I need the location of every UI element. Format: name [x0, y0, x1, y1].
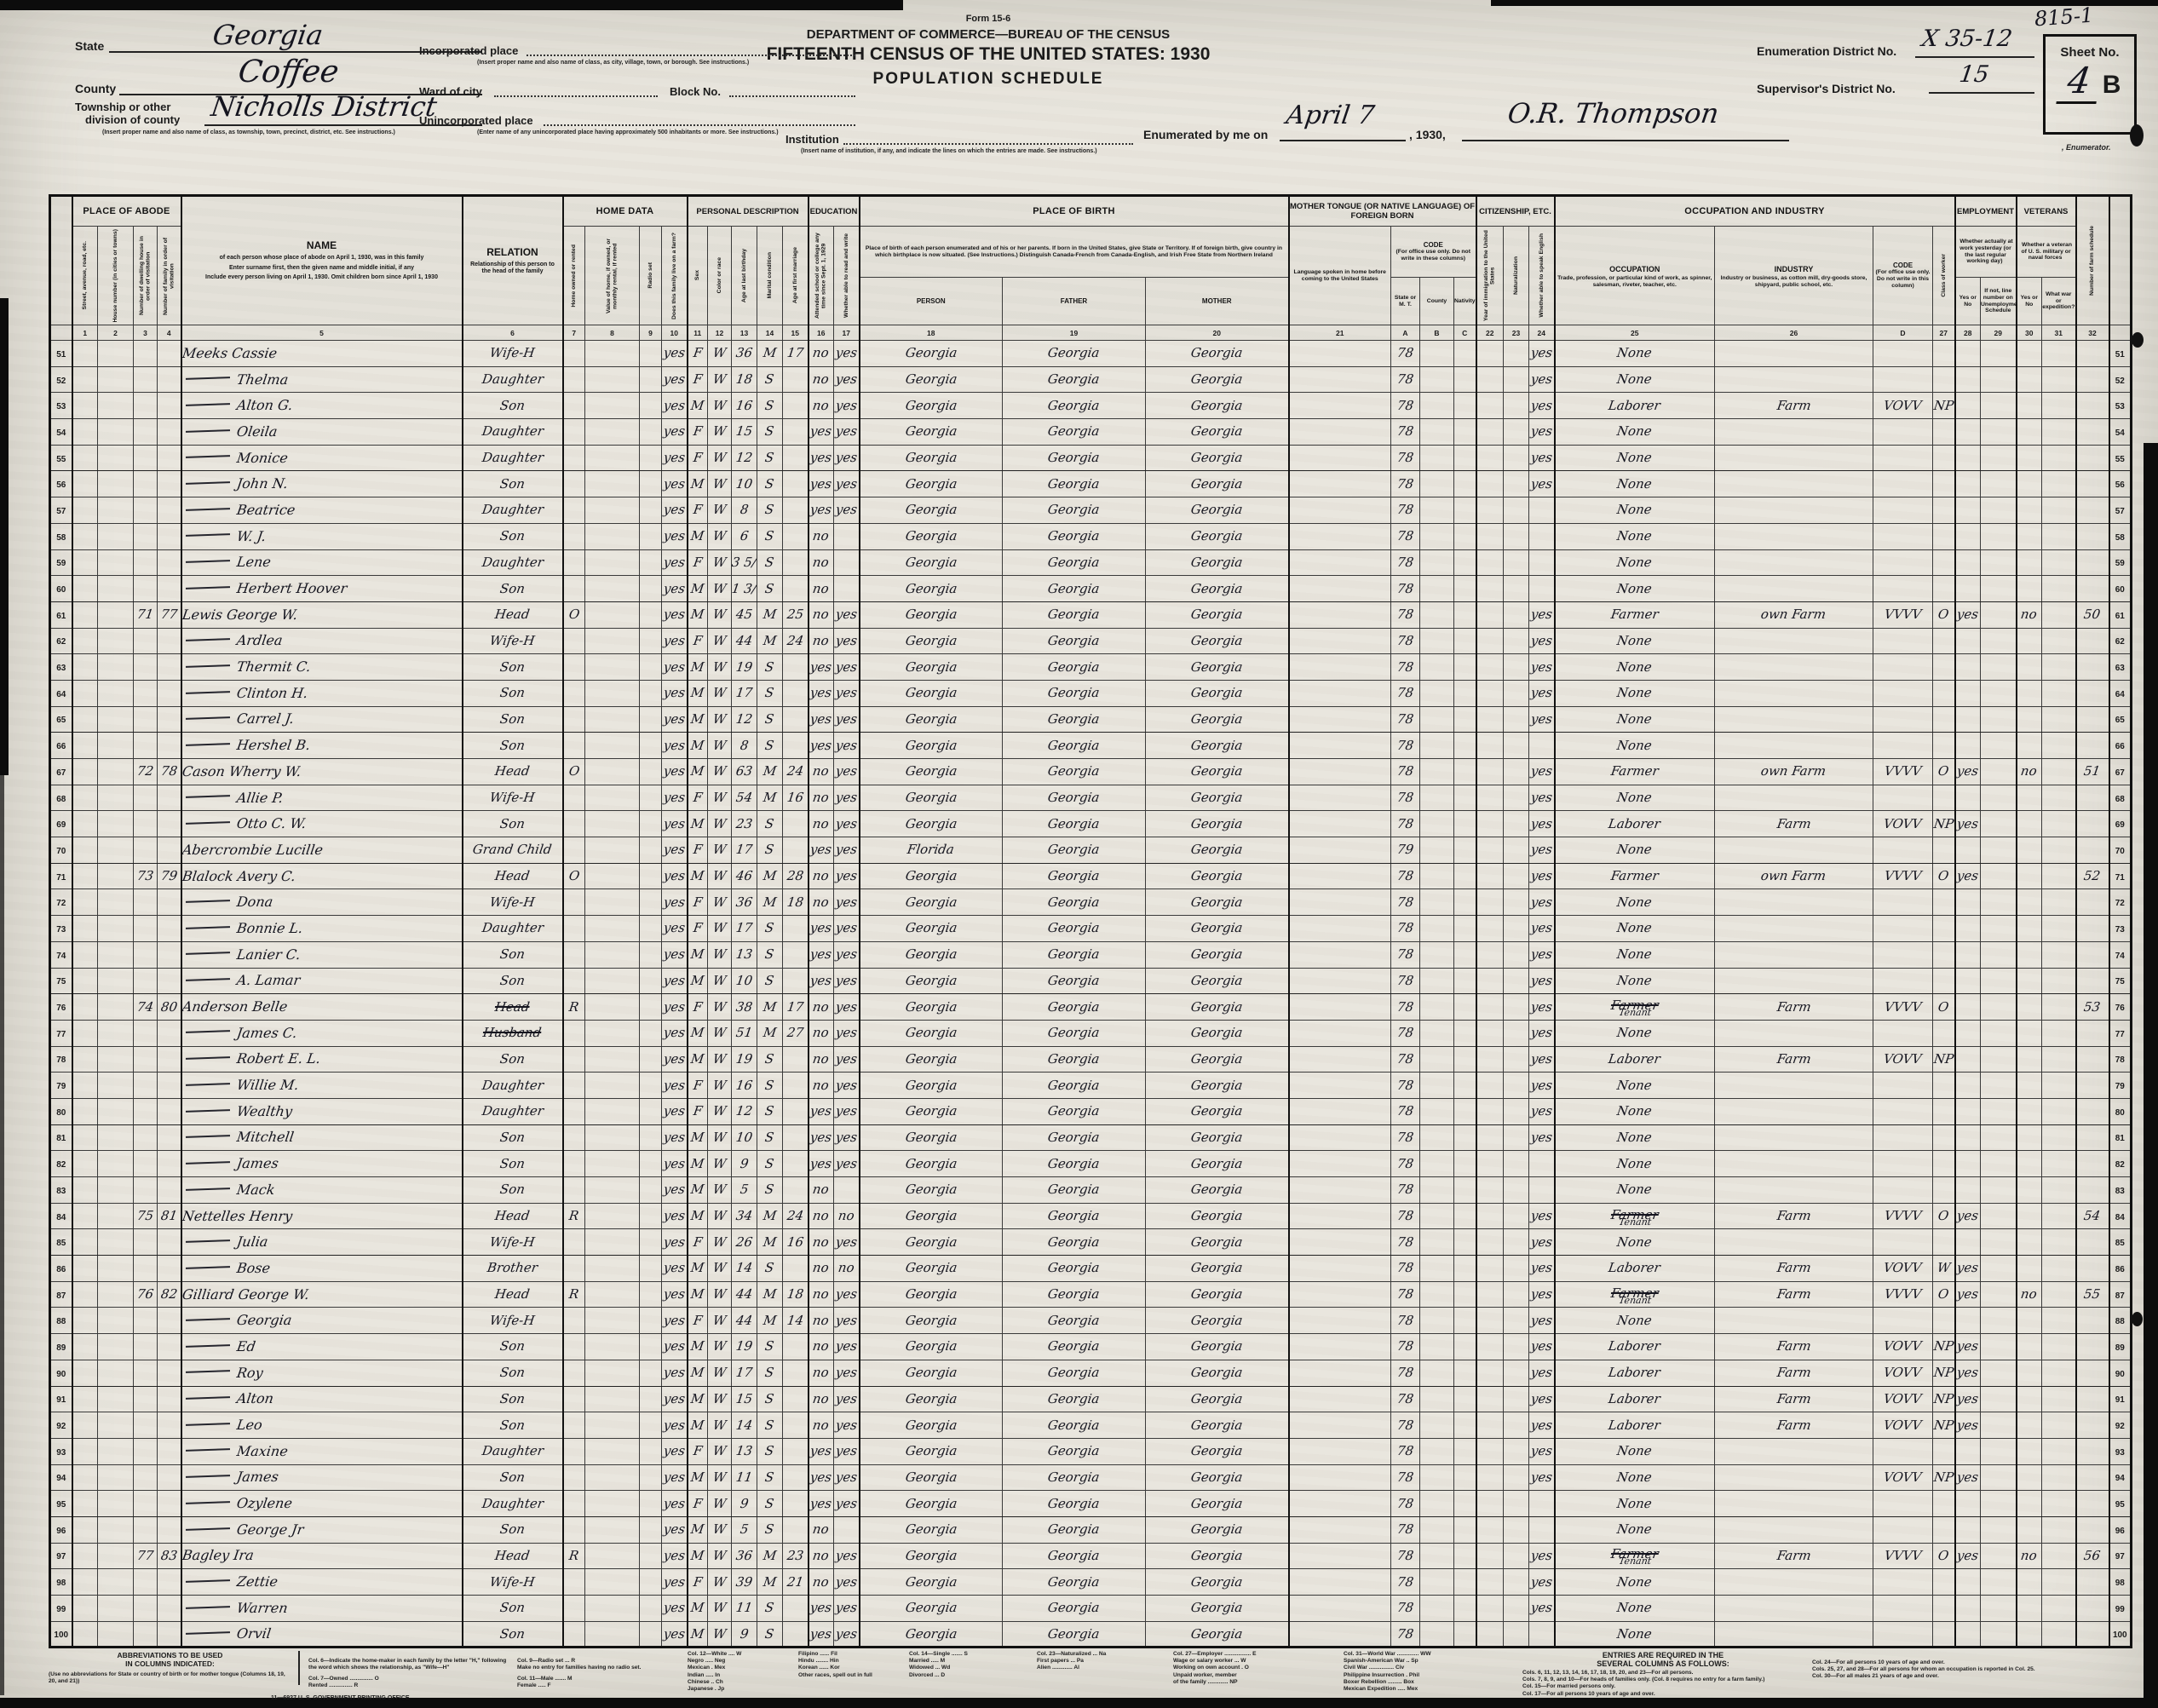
- cell-war-expedition: [2042, 1046, 2076, 1073]
- cell-speak-english: [1529, 733, 1555, 759]
- cell-color-race: W: [708, 1491, 732, 1517]
- cell-class-of-worker: NP: [1933, 1334, 1955, 1360]
- footer-abbreviations-block: ABBREVIATIONS TO BE USED IN COLUMNS INDI…: [49, 1651, 300, 1685]
- cell-farm: yes: [662, 1256, 688, 1282]
- cell-street: [72, 601, 98, 628]
- cell-home-value: [585, 576, 640, 602]
- cell-marital: M: [757, 628, 783, 654]
- cell-radio: [640, 1281, 662, 1308]
- cell-age: 10: [732, 471, 757, 497]
- cell-house-number: [98, 1177, 134, 1204]
- line-number-left: 90: [50, 1360, 72, 1386]
- cell-family-number: [158, 1464, 181, 1491]
- enumerated-date-line[interactable]: [1280, 140, 1406, 141]
- cell-home-owned: [563, 576, 585, 602]
- cell-birth-person: Georgia: [860, 811, 1003, 837]
- cell-marital: S: [757, 733, 783, 759]
- cell-relation: Son: [463, 654, 563, 681]
- cell-home-owned: R: [563, 994, 585, 1021]
- cell-sex: M: [688, 1334, 708, 1360]
- line-number-right: 80: [2109, 1098, 2132, 1124]
- cell-class-of-worker: NP: [1933, 1360, 1955, 1386]
- cell-attended-school: no: [809, 549, 834, 576]
- cell-home-owned: [563, 706, 585, 733]
- cell-code-state: 78: [1391, 1464, 1420, 1491]
- cell-at-work: [1955, 341, 1981, 367]
- cell-home-value: [585, 497, 640, 524]
- cell-veteran: [2017, 1596, 2042, 1622]
- cell-relation: Daughter: [463, 549, 563, 576]
- cell-immigration-year: [1476, 941, 1504, 968]
- cell-unemployment-line: [1981, 1438, 2017, 1464]
- col-header-language: Language spoken in home before coming to…: [1289, 227, 1391, 325]
- cell-code-nativity: [1454, 889, 1476, 916]
- cell-birth-father: Georgia: [1003, 1020, 1146, 1046]
- cell-marital: S: [757, 1360, 783, 1386]
- cell-dwelling-number: 75: [134, 1203, 158, 1229]
- cell-house-number: [98, 1334, 134, 1360]
- cell-occupation-code: [1873, 1124, 1933, 1151]
- cell-at-work: [1955, 1491, 1981, 1517]
- cell-immigration-year: [1476, 1124, 1504, 1151]
- cell-street: [72, 1124, 98, 1151]
- cell-street: [72, 680, 98, 706]
- cell-immigration-year: [1476, 1098, 1504, 1124]
- cell-marital: S: [757, 445, 783, 471]
- print-code: 11—6927 U. S. GOVERNMENT PRINTING OFFICE: [271, 1695, 410, 1701]
- cell-age: 19: [732, 1046, 757, 1073]
- cell-house-number: [98, 1491, 134, 1517]
- col-header-occupation-code: CODE (For office use only. Do not write …: [1873, 227, 1933, 325]
- cell-age: 18: [732, 366, 757, 393]
- cell-attended-school: yes: [809, 1491, 834, 1517]
- cell-read-write: yes: [834, 1596, 860, 1622]
- block-line[interactable]: [729, 95, 855, 97]
- cell-code-state: 78: [1391, 576, 1420, 602]
- cell-home-value: [585, 1596, 640, 1622]
- cell-relation: Head: [463, 1203, 563, 1229]
- sheet-number-value: 4: [2056, 60, 2102, 104]
- footer-note-col27: Col. 27—Employer ................. E Wag…: [1173, 1651, 1335, 1686]
- institution-line[interactable]: [843, 143, 1133, 145]
- cell-industry: [1715, 1177, 1873, 1204]
- cell-language: [1289, 654, 1391, 681]
- cell-code-county: [1420, 680, 1454, 706]
- cell-occupation: Laborer: [1555, 1386, 1715, 1412]
- cell-immigration-year: [1476, 601, 1504, 628]
- cell-occupation: Farmer: [1555, 601, 1715, 628]
- cell-house-number: [98, 654, 134, 681]
- incorporated-place-line[interactable]: [527, 55, 855, 56]
- cell-code-county: [1420, 366, 1454, 393]
- cell-occupation: Laborer: [1555, 1412, 1715, 1439]
- cell-naturalization: [1504, 497, 1529, 524]
- ditto-dash: [185, 1423, 229, 1426]
- cell-birth-mother: Georgia: [1146, 1124, 1289, 1151]
- cell-occupation: None: [1555, 1020, 1715, 1046]
- cell-birth-person: Georgia: [860, 759, 1003, 785]
- cell-at-work: [1955, 1596, 1981, 1622]
- cell-age: 10: [732, 968, 757, 994]
- cell-farm: yes: [662, 1203, 688, 1229]
- cell-home-value: [585, 1569, 640, 1596]
- cell-at-work: [1955, 1177, 1981, 1204]
- form-footer: ABBREVIATIONS TO BE USED IN COLUMNS INDI…: [49, 1651, 2134, 1698]
- cell-name: Alton: [181, 1386, 463, 1412]
- cell-code-nativity: [1454, 341, 1476, 367]
- cell-occupation-code: [1873, 549, 1933, 576]
- cell-name: Mitchell: [181, 1124, 463, 1151]
- cell-name: Bose: [181, 1256, 463, 1282]
- cell-language: [1289, 1516, 1391, 1543]
- cell-farm-schedule: [2076, 1020, 2109, 1046]
- cell-veteran: no: [2017, 1281, 2042, 1308]
- cell-code-county: [1420, 811, 1454, 837]
- cell-occupation: None: [1555, 1621, 1715, 1648]
- cell-age-first-marriage: [783, 1073, 809, 1099]
- cell-birth-father: Georgia: [1003, 1360, 1146, 1386]
- cell-occupation: None: [1555, 1098, 1715, 1124]
- cell-home-value: [585, 733, 640, 759]
- column-number: 32: [2076, 325, 2109, 341]
- cell-family-number: [158, 916, 181, 942]
- cell-age: 9: [732, 1621, 757, 1648]
- cell-war-expedition: [2042, 1281, 2076, 1308]
- cell-home-owned: [563, 680, 585, 706]
- cell-sex: F: [688, 785, 708, 811]
- cell-code-state: 78: [1391, 1256, 1420, 1282]
- cell-home-owned: [563, 1464, 585, 1491]
- occupation-correction: Tenant: [1556, 1297, 1715, 1304]
- cell-language: [1289, 863, 1391, 889]
- cell-code-county: [1420, 1569, 1454, 1596]
- cell-language: [1289, 994, 1391, 1021]
- cell-code-county: [1420, 1151, 1454, 1177]
- cell-unemployment-line: [1981, 811, 2017, 837]
- cell-age: 14: [732, 1412, 757, 1439]
- cell-code-county: [1420, 706, 1454, 733]
- cell-house-number: [98, 785, 134, 811]
- census-table-body: 51Meeks CassieWife-HyesFW36M17noyesGeorg…: [50, 341, 2132, 1648]
- cell-family-number: [158, 1569, 181, 1596]
- cell-age-first-marriage: [783, 1621, 809, 1648]
- cell-occupation-code: [1873, 1491, 1933, 1517]
- cell-relation: Son: [463, 706, 563, 733]
- cell-sex: F: [688, 1491, 708, 1517]
- cell-radio: [640, 471, 662, 497]
- line-number-left: 53: [50, 393, 72, 419]
- cell-immigration-year: [1476, 759, 1504, 785]
- cell-name: Nettelles Henry: [181, 1203, 463, 1229]
- cell-radio: [640, 576, 662, 602]
- cell-home-value: [585, 1438, 640, 1464]
- occupation-correction: Tenant: [1556, 1557, 1715, 1565]
- cell-home-value: [585, 1360, 640, 1386]
- cell-street: [72, 1073, 98, 1099]
- cell-class-of-worker: [1933, 628, 1955, 654]
- cell-code-state: 78: [1391, 1046, 1420, 1073]
- cell-veteran: [2017, 549, 2042, 576]
- cell-naturalization: [1504, 994, 1529, 1021]
- cell-code-county: [1420, 1596, 1454, 1622]
- cell-farm: yes: [662, 968, 688, 994]
- cell-name: Georgia: [181, 1308, 463, 1334]
- cell-age: 6: [732, 523, 757, 549]
- cell-birth-person: Georgia: [860, 785, 1003, 811]
- col-group-personal-description: PERSONAL DESCRIPTION: [688, 196, 809, 227]
- cell-sex: F: [688, 889, 708, 916]
- unincorporated-place-line[interactable]: [544, 124, 855, 126]
- cell-immigration-year: [1476, 628, 1504, 654]
- cell-radio: [640, 968, 662, 994]
- cell-farm-schedule: [2076, 419, 2109, 446]
- cell-immigration-year: [1476, 341, 1504, 367]
- cell-dwelling-number: [134, 1098, 158, 1124]
- cell-unemployment-line: [1981, 497, 2017, 524]
- col-group-citizenship: CITIZENSHIP, ETC.: [1476, 196, 1555, 227]
- cell-street: [72, 1256, 98, 1282]
- enumeration-district-line[interactable]: [1915, 56, 2034, 58]
- cell-family-number: [158, 1124, 181, 1151]
- cell-code-state: 78: [1391, 759, 1420, 785]
- cell-code-nativity: [1454, 1360, 1476, 1386]
- cell-home-value: [585, 994, 640, 1021]
- cell-code-state: 78: [1391, 341, 1420, 367]
- table-row: 86BoseBrotheryesMW14SnonoGeorgiaGeorgiaG…: [50, 1256, 2132, 1282]
- cell-unemployment-line: [1981, 1281, 2017, 1308]
- cell-family-number: [158, 1516, 181, 1543]
- cell-occupation-code: [1873, 1308, 1933, 1334]
- cell-naturalization: [1504, 1569, 1529, 1596]
- cell-farm-schedule: [2076, 523, 2109, 549]
- cell-radio: [640, 916, 662, 942]
- cell-code-county: [1420, 1621, 1454, 1648]
- cell-birth-mother: Georgia: [1146, 1360, 1289, 1386]
- cell-street: [72, 1177, 98, 1204]
- cell-radio: [640, 811, 662, 837]
- cell-immigration-year: [1476, 1203, 1504, 1229]
- cell-age-first-marriage: 16: [783, 1229, 809, 1256]
- cell-occupation-code: [1873, 1569, 1933, 1596]
- cell-war-expedition: [2042, 706, 2076, 733]
- cell-home-value: [585, 1491, 640, 1517]
- cell-war-expedition: [2042, 733, 2076, 759]
- cell-marital: M: [757, 1203, 783, 1229]
- cell-color-race: W: [708, 601, 732, 628]
- cell-read-write: yes: [834, 1151, 860, 1177]
- cell-industry: [1715, 1098, 1873, 1124]
- cell-home-value: [585, 1464, 640, 1491]
- cell-birth-mother: Georgia: [1146, 1073, 1289, 1099]
- table-row: 60Herbert HooverSonyesMW1 3/12SnoGeorgia…: [50, 576, 2132, 602]
- cell-family-number: 80: [158, 994, 181, 1021]
- cell-relation: Son: [463, 1516, 563, 1543]
- cell-speak-english: yes: [1529, 889, 1555, 916]
- cell-unemployment-line: [1981, 759, 2017, 785]
- cell-war-expedition: [2042, 1360, 2076, 1386]
- table-row: 95OzyleneDaughteryesFW9SyesyesGeorgiaGeo…: [50, 1491, 2132, 1517]
- cell-immigration-year: [1476, 1020, 1504, 1046]
- cell-street: [72, 733, 98, 759]
- cell-veteran: [2017, 1464, 2042, 1491]
- cell-relation: Son: [463, 1124, 563, 1151]
- cell-birth-person: Georgia: [860, 1412, 1003, 1439]
- cell-war-expedition: [2042, 811, 2076, 837]
- col-header-house-number: House number (in cities or towns): [98, 227, 134, 325]
- cell-radio: [640, 341, 662, 367]
- cell-speak-english: yes: [1529, 393, 1555, 419]
- cell-birth-mother: Georgia: [1146, 1464, 1289, 1491]
- table-row: 59LeneDaughteryesFW3 5/12SnoGeorgiaGeorg…: [50, 549, 2132, 576]
- cell-farm-schedule: [2076, 1177, 2109, 1204]
- supervisor-district-line[interactable]: [1929, 92, 2034, 94]
- line-number-right: 96: [2109, 1516, 2132, 1543]
- cell-name: Dona: [181, 889, 463, 916]
- column-number: 8: [585, 325, 640, 341]
- cell-language: [1289, 1596, 1391, 1622]
- ditto-dash: [185, 481, 229, 485]
- column-number: D: [1873, 325, 1933, 341]
- cell-dwelling-number: [134, 941, 158, 968]
- cell-language: [1289, 1046, 1391, 1073]
- cell-home-value: [585, 1412, 640, 1439]
- cell-naturalization: [1504, 1360, 1529, 1386]
- cell-class-of-worker: O: [1933, 994, 1955, 1021]
- cell-code-county: [1420, 1412, 1454, 1439]
- cell-birth-person: Georgia: [860, 1281, 1003, 1308]
- cell-color-race: W: [708, 916, 732, 942]
- column-number: 13: [732, 325, 757, 341]
- cell-code-nativity: [1454, 1046, 1476, 1073]
- cell-age: 54: [732, 785, 757, 811]
- cell-code-state: 78: [1391, 1412, 1420, 1439]
- cell-code-state: 78: [1391, 1360, 1420, 1386]
- cell-class-of-worker: [1933, 941, 1955, 968]
- cell-naturalization: [1504, 549, 1529, 576]
- cell-industry: own Farm: [1715, 759, 1873, 785]
- cell-industry: [1715, 706, 1873, 733]
- cell-street: [72, 941, 98, 968]
- cell-marital: M: [757, 1543, 783, 1569]
- cell-speak-english: yes: [1529, 916, 1555, 942]
- entries-right: Col. 24—For all persons 10 years of age …: [1812, 1659, 2068, 1681]
- cell-speak-english: yes: [1529, 1543, 1555, 1569]
- footer-note-col9-col11: Col. 9—Radio set ... R Make no entry for…: [517, 1651, 679, 1696]
- cell-unemployment-line: [1981, 471, 2017, 497]
- col-header-home-value: Value of home, if owned, or monthly rent…: [585, 227, 640, 325]
- cell-occupation: None: [1555, 523, 1715, 549]
- cell-birth-mother: Georgia: [1146, 549, 1289, 576]
- cell-read-write: yes: [834, 1438, 860, 1464]
- cell-code-county: [1420, 1491, 1454, 1517]
- cell-language: [1289, 706, 1391, 733]
- cell-color-race: W: [708, 523, 732, 549]
- cell-at-work: [1955, 680, 1981, 706]
- cell-language: [1289, 1203, 1391, 1229]
- cell-language: [1289, 680, 1391, 706]
- cell-family-number: [158, 366, 181, 393]
- cell-house-number: [98, 523, 134, 549]
- footer-note-col23: Col. 23—Naturalized ... Na First papers …: [1037, 1651, 1165, 1672]
- cell-birth-father: Georgia: [1003, 863, 1146, 889]
- cell-attended-school: no: [809, 393, 834, 419]
- cell-industry: [1715, 1621, 1873, 1648]
- cell-birth-father: Georgia: [1003, 341, 1146, 367]
- cell-occupation-code: VOVV: [1873, 393, 1933, 419]
- ditto-dash: [185, 1161, 229, 1165]
- cell-home-owned: O: [563, 601, 585, 628]
- cell-code-nativity: [1454, 1177, 1476, 1204]
- col-header-veteran-yes-no: Yes or No: [2017, 278, 2042, 325]
- cell-industry: Farm: [1715, 994, 1873, 1021]
- cell-language: [1289, 549, 1391, 576]
- cell-war-expedition: [2042, 1516, 2076, 1543]
- cell-class-of-worker: [1933, 1098, 1955, 1124]
- table-row: 65Carrel J.SonyesMW12SyesyesGeorgiaGeorg…: [50, 706, 2132, 733]
- cell-marital: S: [757, 1412, 783, 1439]
- cell-occupation: Laborer: [1555, 1256, 1715, 1282]
- line-number-left: 98: [50, 1569, 72, 1596]
- cell-birth-person: Georgia: [860, 1596, 1003, 1622]
- cell-marital: S: [757, 837, 783, 864]
- cell-name: Anderson Belle: [181, 994, 463, 1021]
- cell-veteran: [2017, 1177, 2042, 1204]
- cell-marital: S: [757, 523, 783, 549]
- cell-industry: [1715, 916, 1873, 942]
- line-number-right: 81: [2109, 1124, 2132, 1151]
- cell-farm: yes: [662, 1569, 688, 1596]
- cell-age: 8: [732, 733, 757, 759]
- cell-read-write: yes: [834, 393, 860, 419]
- cell-speak-english: yes: [1529, 1464, 1555, 1491]
- cell-home-owned: [563, 1151, 585, 1177]
- cell-house-number: [98, 1308, 134, 1334]
- cell-war-expedition: [2042, 445, 2076, 471]
- veterans-note: Whether a veteran of U. S. military or n…: [2017, 227, 2076, 278]
- cell-age-first-marriage: [783, 1491, 809, 1517]
- county-value: Coffee: [236, 55, 341, 89]
- cell-relation: Daughter: [463, 1098, 563, 1124]
- ward-label: Ward of city: [419, 85, 482, 98]
- cell-attended-school: no: [809, 366, 834, 393]
- cell-birth-father: Georgia: [1003, 471, 1146, 497]
- col-header-employment-yes-no: Yes or No: [1955, 278, 1981, 325]
- cell-age: 11: [732, 1464, 757, 1491]
- cell-name: Maxine: [181, 1438, 463, 1464]
- cell-dwelling-number: [134, 785, 158, 811]
- cell-farm: yes: [662, 889, 688, 916]
- cell-war-expedition: [2042, 785, 2076, 811]
- enumerator-signature-line[interactable]: [1462, 140, 1789, 141]
- ward-line[interactable]: [494, 95, 658, 97]
- cell-occupation-code: [1873, 1098, 1933, 1124]
- cell-home-owned: [563, 393, 585, 419]
- cell-farm-schedule: [2076, 1438, 2109, 1464]
- cell-immigration-year: [1476, 419, 1504, 446]
- cell-birth-father: Georgia: [1003, 1386, 1146, 1412]
- scan-edge-top-left: [0, 0, 903, 10]
- cell-birth-mother: Georgia: [1146, 393, 1289, 419]
- line-number-right: 86: [2109, 1256, 2132, 1282]
- cell-veteran: [2017, 863, 2042, 889]
- cell-unemployment-line: [1981, 837, 2017, 864]
- cell-relation: Son: [463, 523, 563, 549]
- cell-birth-person: Georgia: [860, 1020, 1003, 1046]
- cell-read-write: yes: [834, 497, 860, 524]
- cell-birth-person: Georgia: [860, 916, 1003, 942]
- cell-at-work: [1955, 968, 1981, 994]
- cell-language: [1289, 968, 1391, 994]
